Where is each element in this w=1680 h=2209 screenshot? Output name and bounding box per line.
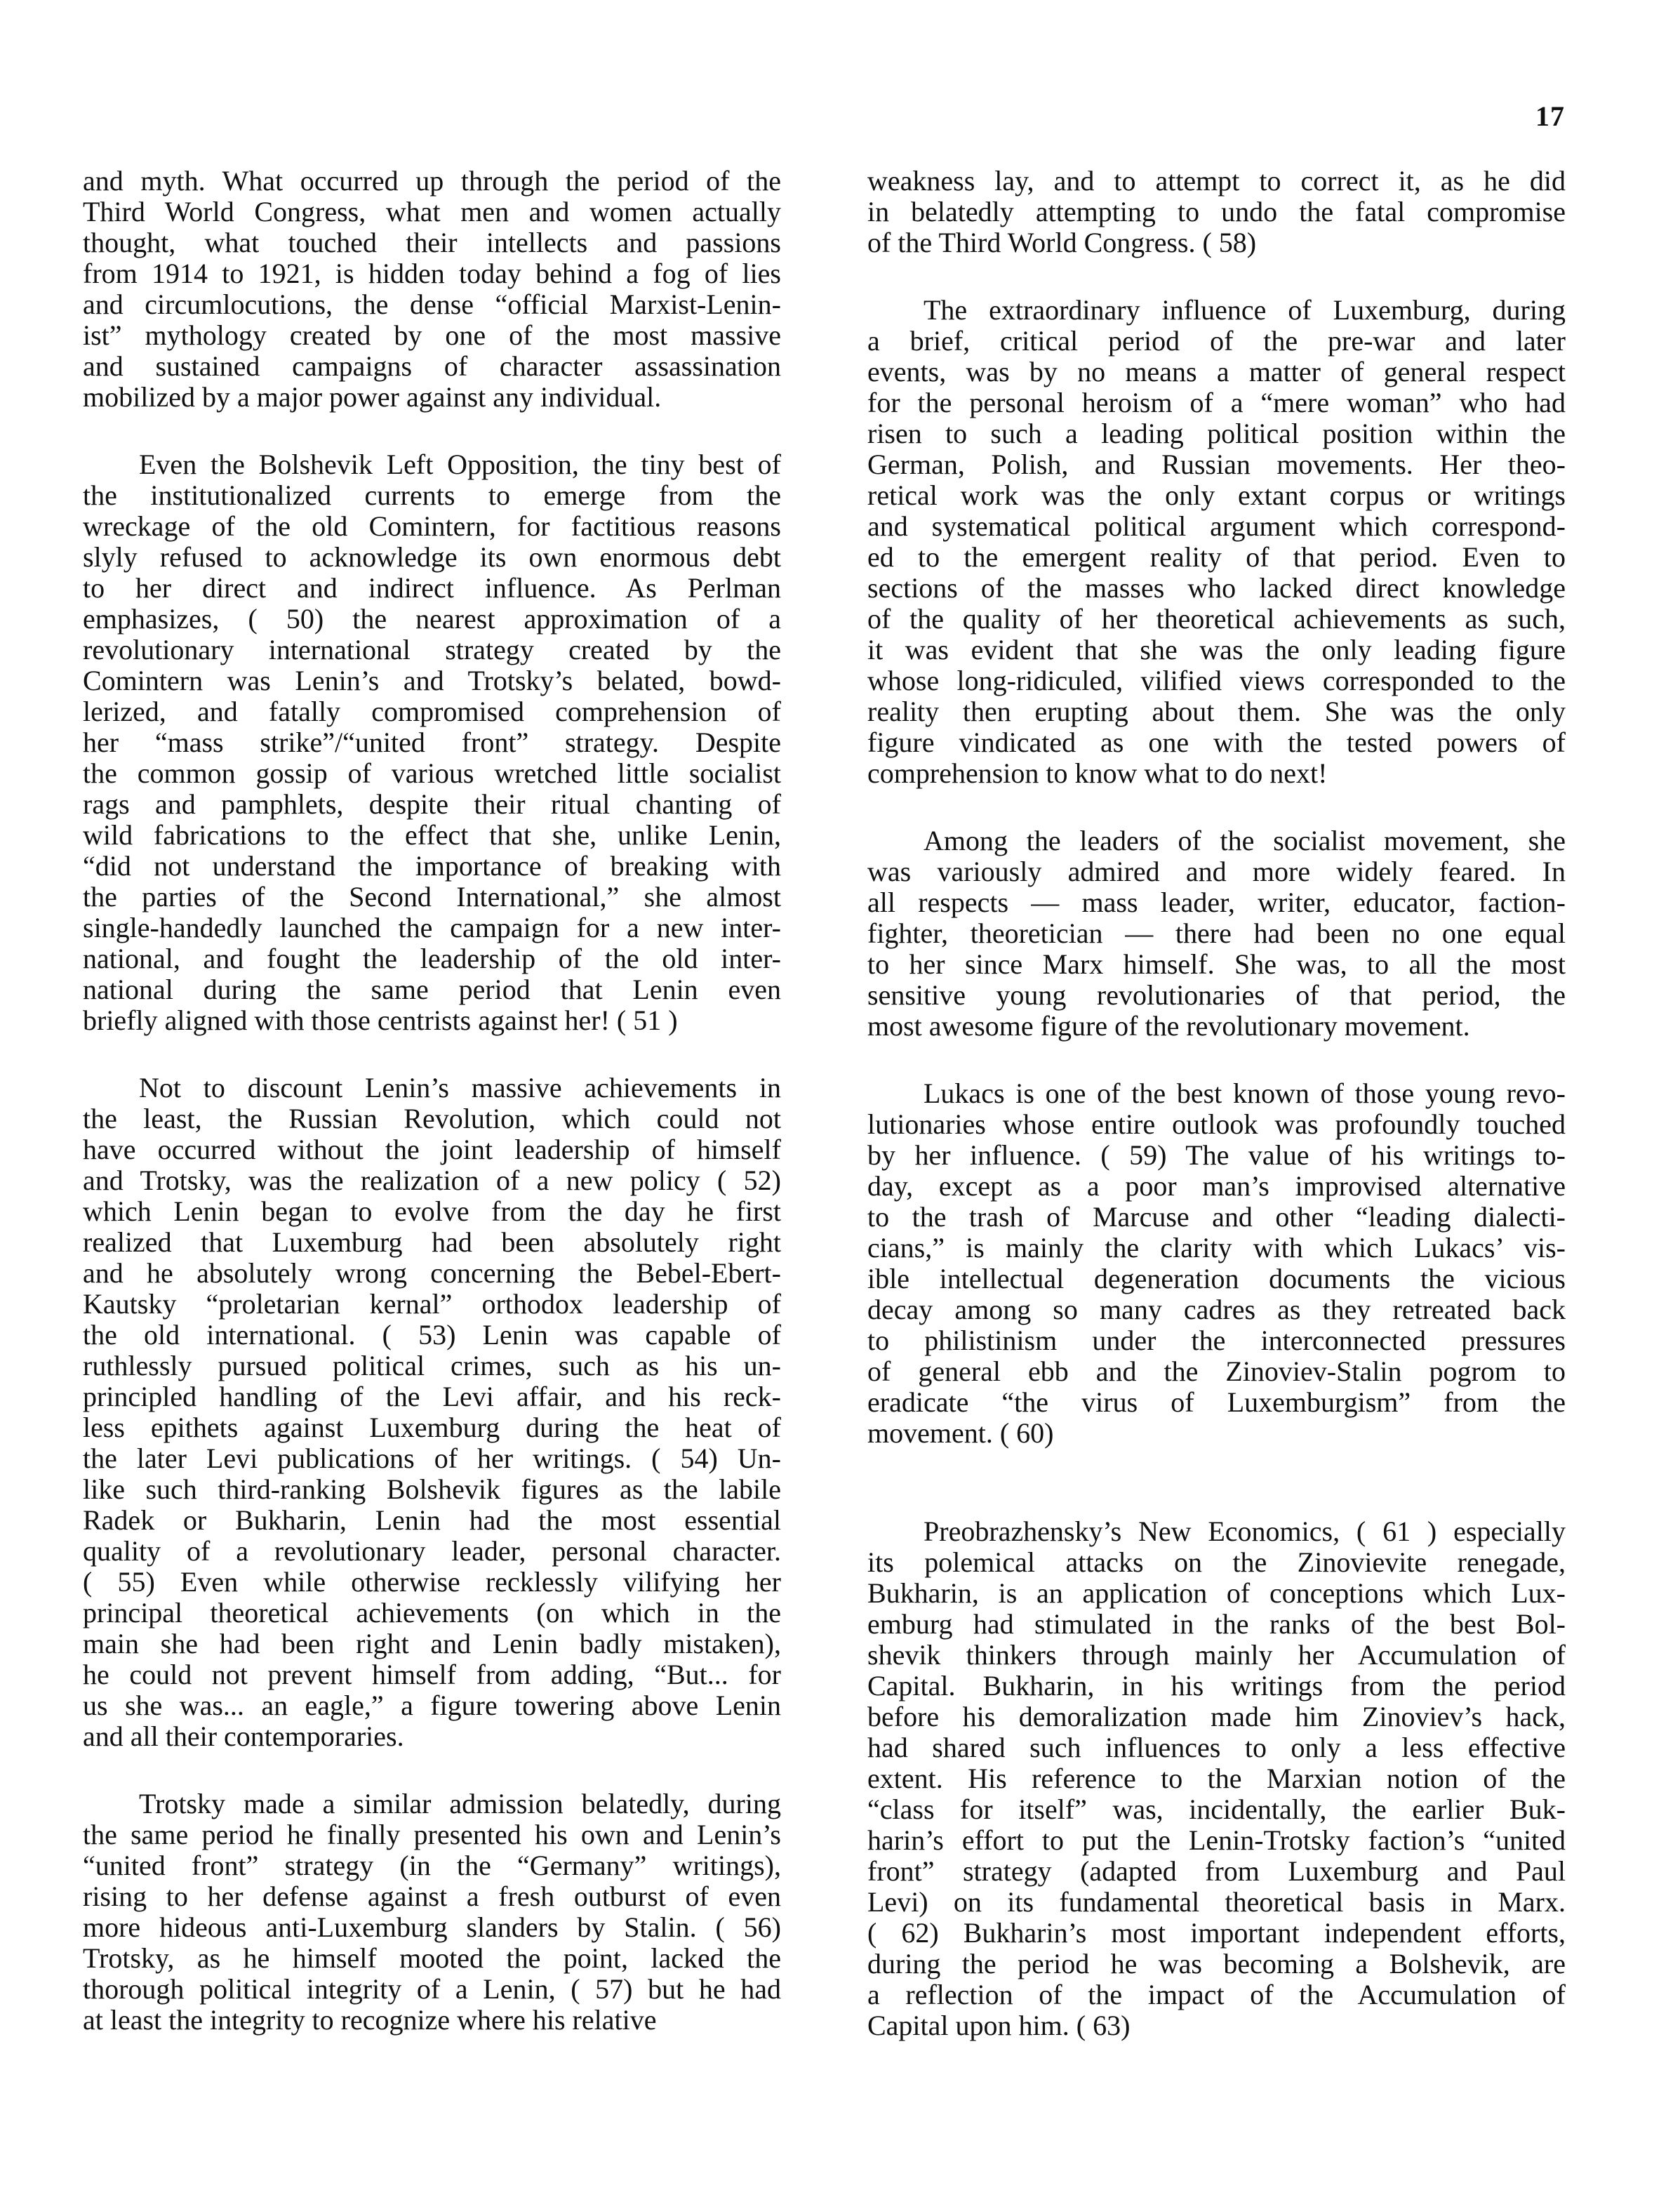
- text-line: like such third-ranking Bolshevik figure…: [83, 1474, 781, 1505]
- text-line: national during the same period that Len…: [83, 974, 781, 1005]
- text-line: events, was by no means a matter of gene…: [867, 357, 1566, 387]
- text-line: extent. His reference to the Marxian not…: [867, 1763, 1566, 1794]
- text-line: single-handedly launched the campaign fo…: [83, 913, 781, 943]
- text-line: movement. ( 60): [867, 1418, 1566, 1449]
- text-line: the old international. ( 53) Lenin was c…: [83, 1320, 781, 1351]
- text-line: the same period he finally presented his…: [83, 1819, 781, 1850]
- text-line: figure vindicated as one with the tested…: [867, 727, 1566, 758]
- text-line: a brief, critical period of the pre-war …: [867, 326, 1566, 357]
- text-line: shevik thinkers through mainly her Accum…: [867, 1640, 1566, 1671]
- text-line: her “mass strike”/“united front” strateg…: [83, 727, 781, 758]
- text-line: principled handling of the Levi affair, …: [83, 1381, 781, 1412]
- text-line: to philistinism under the interconnected…: [867, 1325, 1566, 1356]
- text-line: “did not understand the importance of br…: [83, 851, 781, 882]
- text-line: at least the integrity to recognize wher…: [83, 2005, 781, 2036]
- text-line: national, and fought the leadership of t…: [83, 943, 781, 974]
- text-line: less epithets against Luxemburg during t…: [83, 1412, 781, 1443]
- text-line: Kautsky “proletarian kernal” orthodox le…: [83, 1289, 781, 1320]
- text-line: ible intellectual degeneration documents…: [867, 1263, 1566, 1294]
- paragraph: The extraordinary influence of Luxemburg…: [867, 295, 1566, 789]
- text-line: he could not prevent himself from adding…: [83, 1659, 781, 1690]
- text-line: from 1914 to 1921, is hidden today behin…: [83, 258, 781, 289]
- text-line: Comintern was Lenin’s and Trotsky’s bela…: [83, 665, 781, 696]
- text-line: was variously admired and more widely fe…: [867, 856, 1566, 887]
- text-line: and he absolutely wrong concerning the B…: [83, 1258, 781, 1289]
- text-line: “class for itself” was, incidentally, th…: [867, 1794, 1566, 1825]
- text-line: Capital upon him. ( 63): [867, 2010, 1566, 2041]
- text-line: during the period he was becoming a Bols…: [867, 1949, 1566, 1979]
- paragraph: Trotsky made a similar admission belated…: [83, 1789, 781, 2036]
- text-line: Even the Bolshevik Left Opposition, the …: [83, 449, 781, 480]
- paragraph: and myth. What occurred up through the p…: [83, 166, 781, 413]
- text-line: day, except as a poor man’s improvised a…: [867, 1171, 1566, 1202]
- text-line: Not to discount Lenin’s massive achievem…: [83, 1073, 781, 1103]
- paragraph: Not to discount Lenin’s massive achievem…: [83, 1073, 781, 1752]
- text-line: and all their contemporaries.: [83, 1721, 781, 1752]
- text-line: sensitive young revolutionaries of that …: [867, 980, 1566, 1011]
- text-line: for the personal heroism of a “mere woma…: [867, 387, 1566, 418]
- page-number: 17: [1535, 100, 1565, 133]
- text-line: ruthlessly pursued political crimes, suc…: [83, 1351, 781, 1381]
- text-line: which Lenin began to evolve from the day…: [83, 1196, 781, 1227]
- text-line: thorough political integrity of a Lenin,…: [83, 1974, 781, 2005]
- text-line: wreckage of the old Comintern, for facti…: [83, 511, 781, 542]
- text-line: German, Polish, and Russian movements. H…: [867, 449, 1566, 480]
- text-line: Capital. Bukharin, in his writings from …: [867, 1671, 1566, 1701]
- document-page: 17 and myth. What occurred up through th…: [0, 0, 1680, 2209]
- paragraph: Among the leaders of the socialist movem…: [867, 825, 1566, 1042]
- text-line: and circumlocutions, the dense “official…: [83, 289, 781, 320]
- text-line: of the Third World Congress. ( 58): [867, 227, 1566, 258]
- text-line: Trotsky, as he himself mooted the point,…: [83, 1943, 781, 1974]
- text-line: comprehension to know what to do next!: [867, 758, 1566, 789]
- text-line: reality then erupting about them. She wa…: [867, 696, 1566, 727]
- text-line: the least, the Russian Revolution, which…: [83, 1103, 781, 1134]
- text-line: lutionaries whose entire outlook was pro…: [867, 1109, 1566, 1140]
- text-line: us she was... an eagle,” a figure toweri…: [83, 1690, 781, 1721]
- text-line: Preobrazhensky’s New Economics, ( 61 ) e…: [867, 1516, 1566, 1547]
- text-line: the parties of the Second International,…: [83, 882, 781, 913]
- text-line: weakness lay, and to attempt to correct …: [867, 166, 1566, 197]
- text-line: risen to such a leading political positi…: [867, 418, 1566, 449]
- text-line: ed to the emergent reality of that perio…: [867, 542, 1566, 573]
- text-line: had shared such influences to only a les…: [867, 1732, 1566, 1763]
- text-line: it was evident that she was the only lea…: [867, 635, 1566, 665]
- text-line: emphasizes, ( 50) the nearest approximat…: [83, 604, 781, 635]
- text-line: Third World Congress, what men and women…: [83, 197, 781, 227]
- text-line: ist” mythology created by one of the mos…: [83, 320, 781, 351]
- text-line: of general ebb and the Zinoviev-Stalin p…: [867, 1356, 1566, 1387]
- text-line: harin’s effort to put the Lenin-Trotsky …: [867, 1825, 1566, 1856]
- text-line: rags and pamphlets, despite their ritual…: [83, 789, 781, 820]
- text-line: Radek or Bukharin, Lenin had the most es…: [83, 1505, 781, 1536]
- text-line: the institutionalized currents to emerge…: [83, 480, 781, 511]
- text-line: in belatedly attempting to undo the fata…: [867, 197, 1566, 227]
- text-line: by her influence. ( 59) The value of his…: [867, 1140, 1566, 1171]
- text-line: the common gossip of various wretched li…: [83, 758, 781, 789]
- text-line: mobilized by a major power against any i…: [83, 382, 781, 413]
- text-line: and Trotsky, was the realization of a ne…: [83, 1165, 781, 1196]
- text-line: slyly refused to acknowledge its own eno…: [83, 542, 781, 573]
- text-line: realized that Luxemburg had been absolut…: [83, 1227, 781, 1258]
- text-line: ( 55) Even while otherwise recklessly vi…: [83, 1567, 781, 1598]
- text-line: have occurred without the joint leadersh…: [83, 1134, 781, 1165]
- text-line: Among the leaders of the socialist movem…: [867, 825, 1566, 856]
- text-line: retical work was the only extant corpus …: [867, 480, 1566, 511]
- text-line: to her since Marx himself. She was, to a…: [867, 949, 1566, 980]
- paragraph: Preobrazhensky’s New Economics, ( 61 ) e…: [867, 1516, 1566, 2041]
- text-line: and myth. What occurred up through the p…: [83, 166, 781, 197]
- text-line: and sustained campaigns of character ass…: [83, 351, 781, 382]
- paragraph: Even the Bolshevik Left Opposition, the …: [83, 449, 781, 1036]
- text-line: the later Levi publications of her writi…: [83, 1443, 781, 1474]
- text-line: Trotsky made a similar admission belated…: [83, 1789, 781, 1819]
- text-line: eradicate “the virus of Luxemburgism” fr…: [867, 1387, 1566, 1418]
- text-line: to the trash of Marcuse and other “leadi…: [867, 1202, 1566, 1233]
- text-line: its polemical attacks on the Zinovievite…: [867, 1547, 1566, 1578]
- text-line: principal theoretical achievements (on w…: [83, 1598, 781, 1628]
- text-line: revolutionary international strategy cre…: [83, 635, 781, 665]
- text-line: a reflection of the impact of the Accumu…: [867, 1979, 1566, 2010]
- text-line: quality of a revolutionary leader, perso…: [83, 1536, 781, 1567]
- text-line: of the quality of her theoretical achiev…: [867, 604, 1566, 635]
- text-line: all respects — mass leader, writer, educ…: [867, 887, 1566, 918]
- paragraph: weakness lay, and to attempt to correct …: [867, 166, 1566, 258]
- text-line: rising to her defense against a fresh ou…: [83, 1881, 781, 1912]
- paragraph: Lukacs is one of the best known of those…: [867, 1078, 1566, 1449]
- left-column: and myth. What occurred up through the p…: [83, 166, 781, 2072]
- text-line: emburg had stimulated in the ranks of th…: [867, 1609, 1566, 1640]
- right-column: weakness lay, and to attempt to correct …: [867, 166, 1566, 2078]
- text-line: to her direct and indirect influence. As…: [83, 573, 781, 604]
- text-line: thought, what touched their intellects a…: [83, 227, 781, 258]
- text-line: more hideous anti-Luxemburg slanders by …: [83, 1912, 781, 1943]
- text-line: most awesome figure of the revolutionary…: [867, 1011, 1566, 1042]
- text-line: lerized, and fatally compromised compreh…: [83, 696, 781, 727]
- text-line: fighter, theoretician — there had been n…: [867, 918, 1566, 949]
- text-line: front” strategy (adapted from Luxemburg …: [867, 1856, 1566, 1887]
- text-line: before his demoralization made him Zinov…: [867, 1701, 1566, 1732]
- text-line: The extraordinary influence of Luxemburg…: [867, 295, 1566, 326]
- text-line: Lukacs is one of the best known of those…: [867, 1078, 1566, 1109]
- text-line: ( 62) Bukharin’s most important independ…: [867, 1918, 1566, 1949]
- text-line: decay among so many cadres as they retre…: [867, 1294, 1566, 1325]
- text-line: wild fabrications to the effect that she…: [83, 820, 781, 851]
- text-line: whose long-ridiculed, vilified views cor…: [867, 665, 1566, 696]
- text-line: briefly aligned with those centrists aga…: [83, 1005, 781, 1036]
- text-line: sections of the masses who lacked direct…: [867, 573, 1566, 604]
- text-line: Bukharin, is an application of conceptio…: [867, 1578, 1566, 1609]
- text-line: and systematical political argument whic…: [867, 511, 1566, 542]
- text-line: cians,” is mainly the clarity with which…: [867, 1233, 1566, 1263]
- text-line: main she had been right and Lenin badly …: [83, 1628, 781, 1659]
- text-line: “united front” strategy (in the “Germany…: [83, 1850, 781, 1881]
- text-line: Levi) on its fundamental theoretical bas…: [867, 1887, 1566, 1918]
- paragraph-spacer: [867, 1485, 1566, 1516]
